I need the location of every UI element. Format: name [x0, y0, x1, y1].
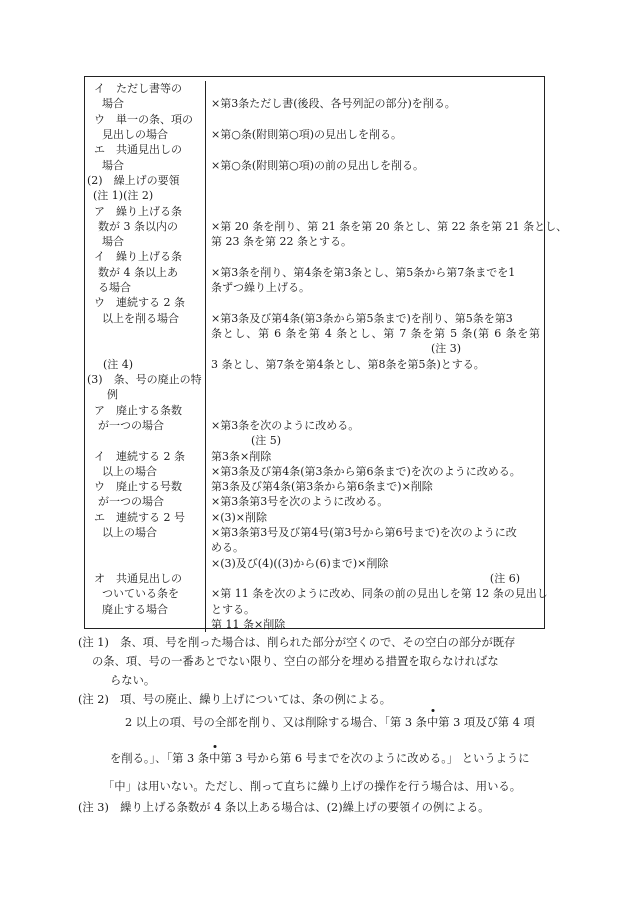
table-row: (注 3) [85, 341, 544, 356]
table-row: ア 廃止する条数 [85, 403, 544, 418]
table-cell-left: 以上を削る場合 [85, 311, 206, 326]
note-text: 2 以上の項、号の全部を削り、又は削除する場合、「第 3 条 [125, 716, 427, 729]
table-cell-left: 場合 [85, 158, 206, 173]
table-cell-right: 3 条とし、第7条を第4条とし、第8条を第5条)とする。 [206, 357, 544, 372]
table-row: (2) 繰上げの要領 [85, 173, 544, 188]
note-text: (注 1) 条、項、号を削った場合は、削られた部分が空くので、その空白の部分が既… [78, 636, 515, 649]
table-cell-right: ×第3条第3号を次のように改める。 [206, 494, 544, 509]
table-row: ウ 連続する 2 条 [85, 295, 544, 310]
table-cell-left: 場合 [85, 96, 206, 111]
table-cell-left: 場合 [85, 234, 206, 249]
note-text: 「中」は用いない。ただし、削って直ちに繰り上げの操作を行う場合は、用いる。 [103, 780, 521, 793]
table-row: 例 [85, 387, 544, 402]
note-text: (注 3) 繰り上げる条数が 4 条以上ある場合は、(2)繰上げの要領イの例によ… [78, 801, 489, 814]
table-cell-right: 第 11 条×削除 [206, 617, 544, 632]
table-row: 数が 3 条以内の×第 20 条を削り、第 21 条を第 20 条とし、第 22… [85, 219, 544, 234]
note-line: の条、項、号の一番あとでない限り、空白の部分を埋める措置を取らなければな [78, 652, 560, 671]
table-row: エ 連続する 2 号×(3)×削除 [85, 510, 544, 525]
table-cell-left [85, 556, 206, 571]
table-cell-left: (注 4) [85, 357, 206, 372]
table-row: る場合条ずつ繰り上げる。 [85, 280, 544, 295]
table-cell-left: ウ 連続する 2 条 [85, 295, 206, 310]
table-row: エ 共通見出しの [85, 142, 544, 157]
table-row: 第 11 条×削除 [85, 617, 544, 632]
note-text: 第 3 項及び第 4 項 [438, 716, 535, 729]
table-row: ウ 廃止する号数第3条及び第4条(第3条から第6条まで)×削除 [85, 479, 544, 494]
table-cell-left: が一つの場合 [85, 418, 206, 433]
table-cell-left: 数が 4 条以上あ [85, 265, 206, 280]
table-cell-right: 条とし、第 6 条を第 4 条とし、第 7 条を第 5 条(第 6 条を第 [206, 326, 544, 341]
table-cell-left: 以上の場合 [85, 525, 206, 540]
table-row: ×(3)及び(4)((3)から(6)まで)×削除 [85, 556, 544, 571]
table-cell-left [85, 341, 206, 356]
table-cell-right [206, 188, 544, 203]
notes-section: (注 1) 条、項、号を削った場合は、削られた部分が空くので、その空白の部分が既… [78, 633, 560, 817]
note-line: (注 3) 繰り上げる条数が 4 条以上ある場合は、(2)繰上げの要領イの例によ… [78, 798, 560, 817]
note-line: を削る。」、「第 3 条中第 3 号から第 6 号までを次のように改める。」 と… [78, 749, 560, 768]
table-cell-left: (3) 条、号の廃止の特 [85, 372, 206, 387]
table-row: ついている条を×第 11 条を次のように改め、同条の前の見出しを第 12 条の見… [85, 586, 544, 601]
table-cell-right: ×第○条(附則第○項)の前の見出しを削る。 [206, 158, 544, 173]
table-cell-left: が一つの場合 [85, 494, 206, 509]
table-cell-left: 以上の場合 [85, 464, 206, 479]
table-row: 廃止する場合とする。 [85, 602, 544, 617]
note-line: 「中」は用いない。ただし、削って直ちに繰り上げの操作を行う場合は、用いる。 [78, 777, 560, 796]
table-cell-right: ×第3条を削り、第4条を第3条とし、第5条から第7条までを1 [206, 265, 544, 280]
table-row: が一つの場合×第3条第3号を次のように改める。 [85, 494, 544, 509]
note-text: の条、項、号の一番あとでない限り、空白の部分を埋める措置を取らなければな [92, 655, 499, 668]
table-cell-left: ウ 単一の条、項の [85, 112, 206, 127]
table-row: が一つの場合×第3条を次のように改める。 [85, 418, 544, 433]
document-page: { "page": { "background": "#ffffff", "te… [0, 0, 630, 903]
table-cell-right: ×第3条及び第4条(第3条から第5条まで)を削り、第5条を第3 [206, 311, 544, 326]
table-cell-left: 数が 3 条以内の [85, 219, 206, 234]
table-cell-left: オ 共通見出しの [85, 571, 206, 586]
table-row: 条とし、第 6 条を第 4 条とし、第 7 条を第 5 条(第 6 条を第 [85, 326, 544, 341]
table-cell-right [206, 142, 544, 157]
table-cell-right [206, 249, 544, 264]
note-text: (注 2) 項、号の廃止、繰り上げについては、条の例による。 [78, 693, 391, 706]
table-cell-right: (注 6) [206, 571, 544, 586]
table-cell-left [85, 540, 206, 555]
table-row: 以上の場合×第3条第3号及び第4号(第3号から第6号まで)を次のように改 [85, 525, 544, 540]
note-line: らない。 [78, 671, 560, 690]
table-cell-left: ついている条を [85, 586, 206, 601]
table-row: イ ただし書等の [85, 81, 544, 96]
table-cell-right: ×(3)及び(4)((3)から(6)まで)×削除 [206, 556, 544, 571]
table-cell-left: イ 連続する 2 条 [85, 449, 206, 464]
table-cell-right: ×第3条及び第4条(第3条から第6条まで)を次のように改める。 [206, 464, 544, 479]
table-row: 以上の場合×第3条及び第4条(第3条から第6条まで)を次のように改める。 [85, 464, 544, 479]
note-text: 第 3 号から第 6 号までを次のように改める。」 というように [220, 752, 529, 765]
table-cell-right: (注 3) [206, 341, 544, 356]
table-cell-right [206, 403, 544, 418]
table-cell-left: ア 廃止する条数 [85, 403, 206, 418]
table-row: 以上を削る場合×第3条及び第4条(第3条から第5条まで)を削り、第5条を第3 [85, 311, 544, 326]
table-row: 場合第 23 条を第 22 条とする。 [85, 234, 544, 249]
table-cell-right [206, 81, 544, 96]
table-cell-right: ×第3条ただし書(後段、各号列記の部分)を削る。 [206, 96, 544, 111]
emphasized-character: 中 [209, 749, 220, 768]
table-cell-right: める。 [206, 540, 544, 555]
table-cell-left: (注 1)(注 2) [85, 188, 206, 203]
table-cell-left: 例 [85, 387, 206, 402]
note-line: (注 1) 条、項、号を削った場合は、削られた部分が空くので、その空白の部分が既… [78, 633, 560, 652]
table-cell-left: エ 連続する 2 号 [85, 510, 206, 525]
table-row: 数が 4 条以上あ×第3条を削り、第4条を第3条とし、第5条から第7条までを1 [85, 265, 544, 280]
table-body: イ ただし書等の場合×第3条ただし書(後段、各号列記の部分)を削る。ウ 単一の条… [85, 81, 544, 632]
table-cell-left: エ 共通見出しの [85, 142, 206, 157]
table-cell-right [206, 112, 544, 127]
table-cell-right: 条ずつ繰り上げる。 [206, 280, 544, 295]
note-line: 2 以上の項、号の全部を削り、又は削除する場合、「第 3 条中第 3 項及び第 … [78, 713, 560, 732]
table-cell-right: 第 23 条を第 22 条とする。 [206, 234, 544, 249]
table-cell-left: ウ 廃止する号数 [85, 479, 206, 494]
table-cell-right [206, 387, 544, 402]
table-row: 場合×第○条(附則第○項)の前の見出しを削る。 [85, 158, 544, 173]
table-cell-right: ×第 20 条を削り、第 21 条を第 20 条とし、第 22 条を第 21 条… [206, 219, 571, 234]
table-cell-right: ×第3条を次のように改める。 [206, 418, 544, 433]
table-cell-left: イ 繰り上げる条 [85, 249, 206, 264]
table-cell-left: 見出しの場合 [85, 127, 206, 142]
table-cell-left: (2) 繰上げの要領 [85, 173, 206, 188]
table-row: める。 [85, 540, 544, 555]
table-cell-left: る場合 [85, 280, 206, 295]
table-row: ア 繰り上げる条 [85, 204, 544, 219]
emphasized-character: 中 [427, 713, 438, 732]
note-text: を削る。」、「第 3 条 [110, 752, 209, 765]
table-cell-right [206, 204, 544, 219]
table-cell-left: イ ただし書等の [85, 81, 206, 96]
table-row: 見出しの場合×第○条(附則第○項)の見出しを削る。 [85, 127, 544, 142]
table-row: 場合×第3条ただし書(後段、各号列記の部分)を削る。 [85, 96, 544, 111]
table-cell-left [85, 326, 206, 341]
note-text: らない。 [110, 674, 155, 687]
table-cell-right: 第3条×削除 [206, 449, 544, 464]
table-row: (3) 条、号の廃止の特 [85, 372, 544, 387]
table-cell-right: ×第3条第3号及び第4号(第3号から第6号まで)を次のように改 [206, 525, 544, 540]
table-row: イ 連続する 2 条第3条×削除 [85, 449, 544, 464]
table-cell-right: (注 5) [206, 433, 544, 448]
note-line: (注 2) 項、号の廃止、繰り上げについては、条の例による。 [78, 690, 560, 709]
table-cell-left [85, 433, 206, 448]
table-cell-right: とする。 [206, 602, 544, 617]
table-cell-right [206, 295, 544, 310]
table-row: ウ 単一の条、項の [85, 112, 544, 127]
table-row: イ 繰り上げる条 [85, 249, 544, 264]
table-cell-left: 廃止する場合 [85, 602, 206, 617]
table-row: (注 1)(注 2) [85, 188, 544, 203]
table-row: オ 共通見出しの(注 6) [85, 571, 544, 586]
table-row: (注 4)3 条とし、第7条を第4条とし、第8条を第5条)とする。 [85, 357, 544, 372]
table-row: (注 5) [85, 433, 544, 448]
table-cell-right: ×第 11 条を次のように改め、同条の前の見出しを第 12 条の見出し [206, 586, 552, 601]
table-cell-right: 第3条及び第4条(第3条から第6条まで)×削除 [206, 479, 544, 494]
table-cell-left: ア 繰り上げる条 [85, 204, 206, 219]
table-cell-right [206, 372, 544, 387]
table-cell-right: ×第○条(附則第○項)の見出しを削る。 [206, 127, 544, 142]
revision-table: イ ただし書等の場合×第3条ただし書(後段、各号列記の部分)を削る。ウ 単一の条… [84, 76, 545, 629]
table-cell-right: ×(3)×削除 [206, 510, 544, 525]
table-cell-right [206, 173, 544, 188]
table-cell-left [85, 617, 206, 632]
